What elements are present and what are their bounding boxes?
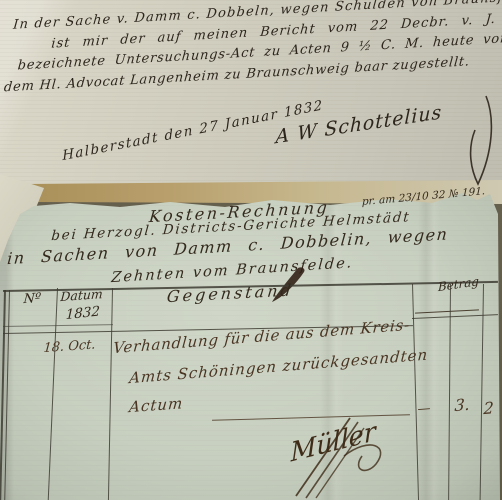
amount-pf: 2 [483, 398, 494, 418]
amount-ggr: 3. [454, 395, 470, 415]
amount-rtl: — [417, 401, 431, 417]
document-photo: In der Sache v. Damm c. Dobbeln, wegen S… [0, 0, 502, 500]
col-header-datum: Datum [60, 286, 103, 304]
col-header-no: Nº [23, 291, 42, 307]
signature-flourish [448, 92, 500, 192]
